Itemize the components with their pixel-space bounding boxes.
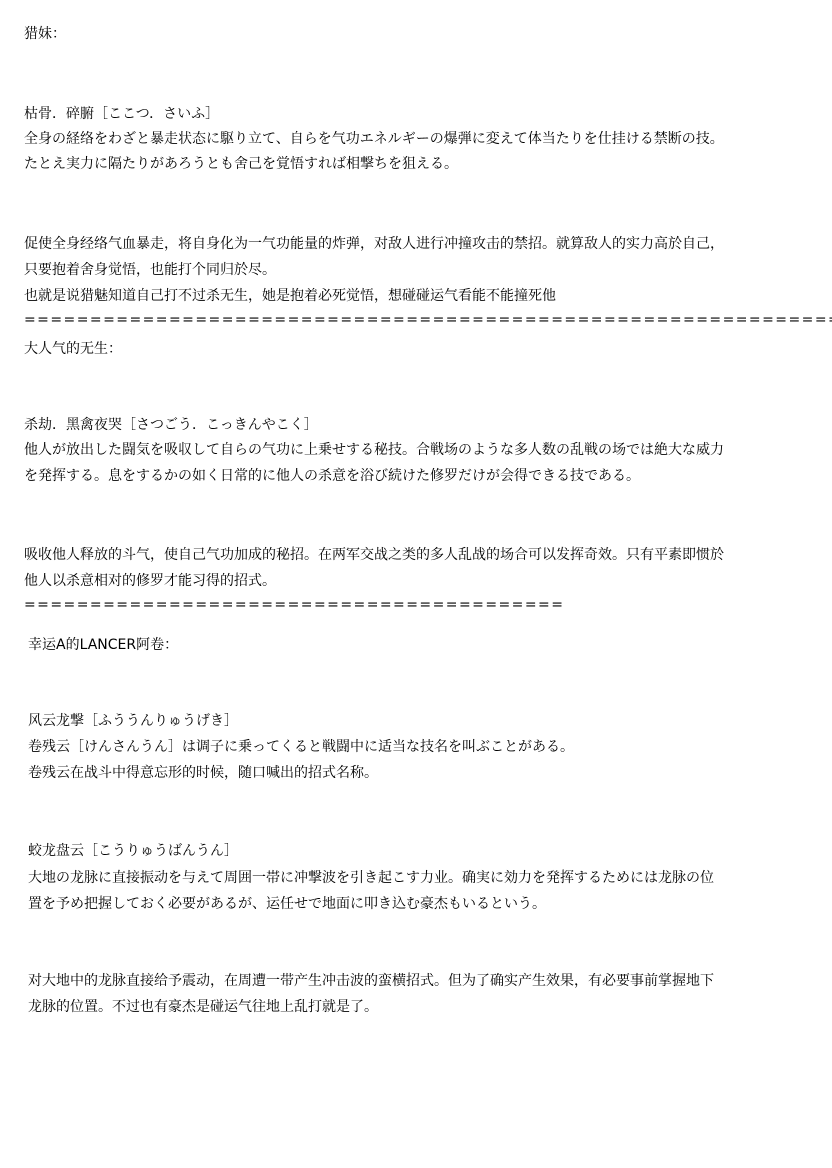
jp-description-line: 置を予め把握しておく必要があるが、运任せで地面に叩き込む豪杰もいるという。 <box>28 894 546 914</box>
jp-description-line: 卷残云［けんさんうん］は调子に乗ってくると戦闘中に适当な技名を叫ぶことがある。 <box>28 737 574 757</box>
separator-line: ========================================… <box>24 595 564 615</box>
section-heading: 幸运A的LANCER阿卷： <box>28 635 178 655</box>
section-heading: 大人气的无生： <box>24 339 122 359</box>
cn-description-line: 只要抱着舍身觉悟，也能打个同归於尽。 <box>24 260 276 280</box>
cn-description-line: 对大地中的龙脉直接给予震动，在周遭一带产生冲击波的蛮横招式。但为了确实产生效果，… <box>28 971 714 991</box>
cn-description-line: 也就是说猎魅知道自己打不过杀无生，她是抱着必死觉悟，想碰碰运气看能不能撞死他 <box>24 286 556 306</box>
section-heading: 猎妹： <box>24 24 66 44</box>
jp-description-line: 大地の龙脉に直接振动を与えて周囲一帯に冲撃波を引き起こす力业。确実に効力を発挥す… <box>28 868 714 888</box>
cn-description-line: 吸收他人释放的斗气，使自己气功加成的秘招。在两军交战之类的多人乱战的场合可以发挥… <box>24 545 724 565</box>
cn-description-line: 龙脉的位置。不过也有豪杰是碰运气往地上乱打就是了。 <box>28 997 378 1017</box>
jp-description-line: 全身の経络をわざと暴走状态に駆り立て、自らを气功エネルギーの爆弾に変えて体当たり… <box>24 129 724 149</box>
jp-description-line: を発挥する。息をするかの如く日常的に他人の杀意を浴び続けた修罗だけが会得できる技… <box>24 466 640 486</box>
jp-description-line: たとえ実力に隔たりがあろうとも舍己を覚悟すれば相撃ちを狙える。 <box>24 154 458 174</box>
separator-line: ========================================… <box>24 310 832 330</box>
cn-description-line: 促使全身经络气血暴走，将自身化为一气功能量的炸弹，对敌人进行冲撞攻击的禁招。就算… <box>24 234 724 254</box>
cn-description-line: 卷残云在战斗中得意忘形的时候，随口喊出的招式名称。 <box>28 763 378 783</box>
jp-description-line: 他人が放出した闘気を吸収して自らの气功に上乗せする秘技。合戦场のような多人数の乱… <box>24 440 724 460</box>
skill-title: 蛟龙盘云［こうりゅうばんうん］ <box>28 841 238 861</box>
skill-title: 枯骨．碎腑［ここつ．さいふ］ <box>24 104 219 124</box>
skill-title: 杀劫．黑禽夜哭［さつごう．こっきんやこく］ <box>24 415 318 435</box>
cn-description-line: 他人以杀意相对的修罗才能习得的招式。 <box>24 571 276 591</box>
skill-title: 风云龙撃［ふううんりゅうげき］ <box>28 711 238 731</box>
